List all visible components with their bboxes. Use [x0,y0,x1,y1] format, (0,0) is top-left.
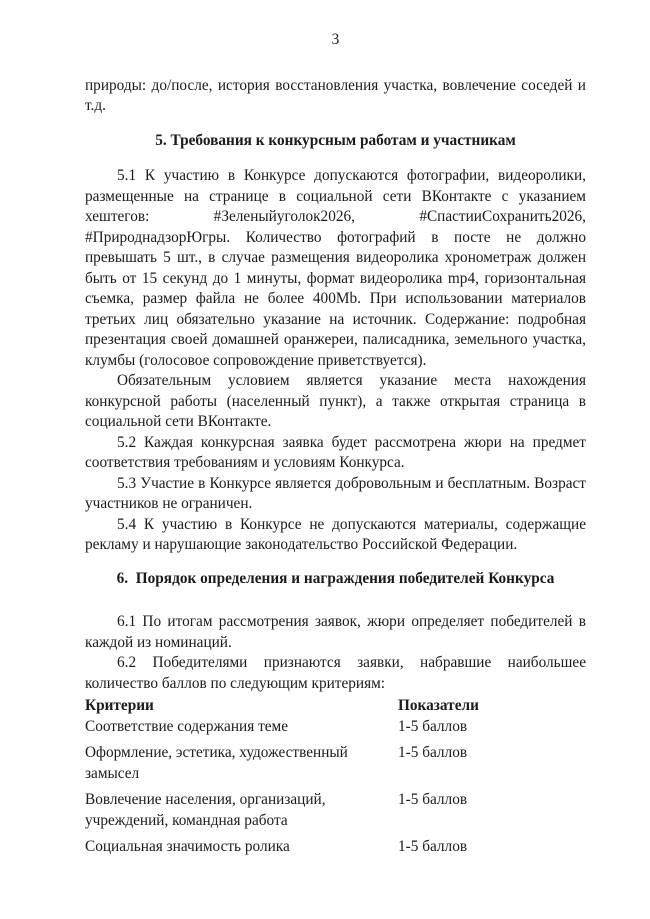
criterion-score: 1-5 баллов [398,717,586,744]
table-row: Вовлечение населения, организаций, учреж… [85,790,586,837]
paragraph-5-1: 5.1 К участию в Конкурсе допускаются фот… [85,166,586,371]
paragraph-5-2: 5.2 Каждая конкурсная заявка будет рассм… [85,433,586,474]
criteria-table-header-row: Критерии Показатели [85,696,586,717]
paragraph-continuation: природы: до/после, история восстановлени… [85,76,586,117]
section-6-heading: 6. Порядок определения и награждения поб… [85,569,586,590]
criterion-label: Соответствие содержания теме [85,717,398,744]
criterion-label: Оформление, эстетика, художественный зам… [85,743,398,790]
criteria-column-header: Критерии [85,696,398,717]
criterion-score: 1-5 баллов [398,790,586,837]
criterion-score: 1-5 баллов [398,837,586,858]
table-row: Социальная значимость ролика 1-5 баллов [85,837,586,858]
table-row: Оформление, эстетика, художественный зам… [85,743,586,790]
indicators-column-header: Показатели [398,696,586,717]
document-page: 3 природы: до/после, история восстановле… [0,0,650,919]
table-row: Соответствие содержания теме 1-5 баллов [85,717,586,744]
criterion-score: 1-5 баллов [398,743,586,790]
paragraph-mandatory-condition: Обязательным условием является указание … [85,371,586,433]
section-5-heading: 5. Требования к конкурсным работам и уча… [85,131,586,152]
criterion-label: Вовлечение населения, организаций, учреж… [85,790,398,837]
page-number: 3 [85,30,586,51]
paragraph-6-1: 6.1 По итогам рассмотрения заявок, жюри … [85,612,586,653]
paragraph-6-2: 6.2 Победителями признаются заявки, набр… [85,653,586,694]
criteria-table: Критерии Показатели Соответствие содержа… [85,696,586,858]
paragraph-5-4: 5.4 К участию в Конкурсе не допускаются … [85,515,586,556]
paragraph-5-3: 5.3 Участие в Конкурсе является добровол… [85,474,586,515]
criterion-label: Социальная значимость ролика [85,837,398,858]
